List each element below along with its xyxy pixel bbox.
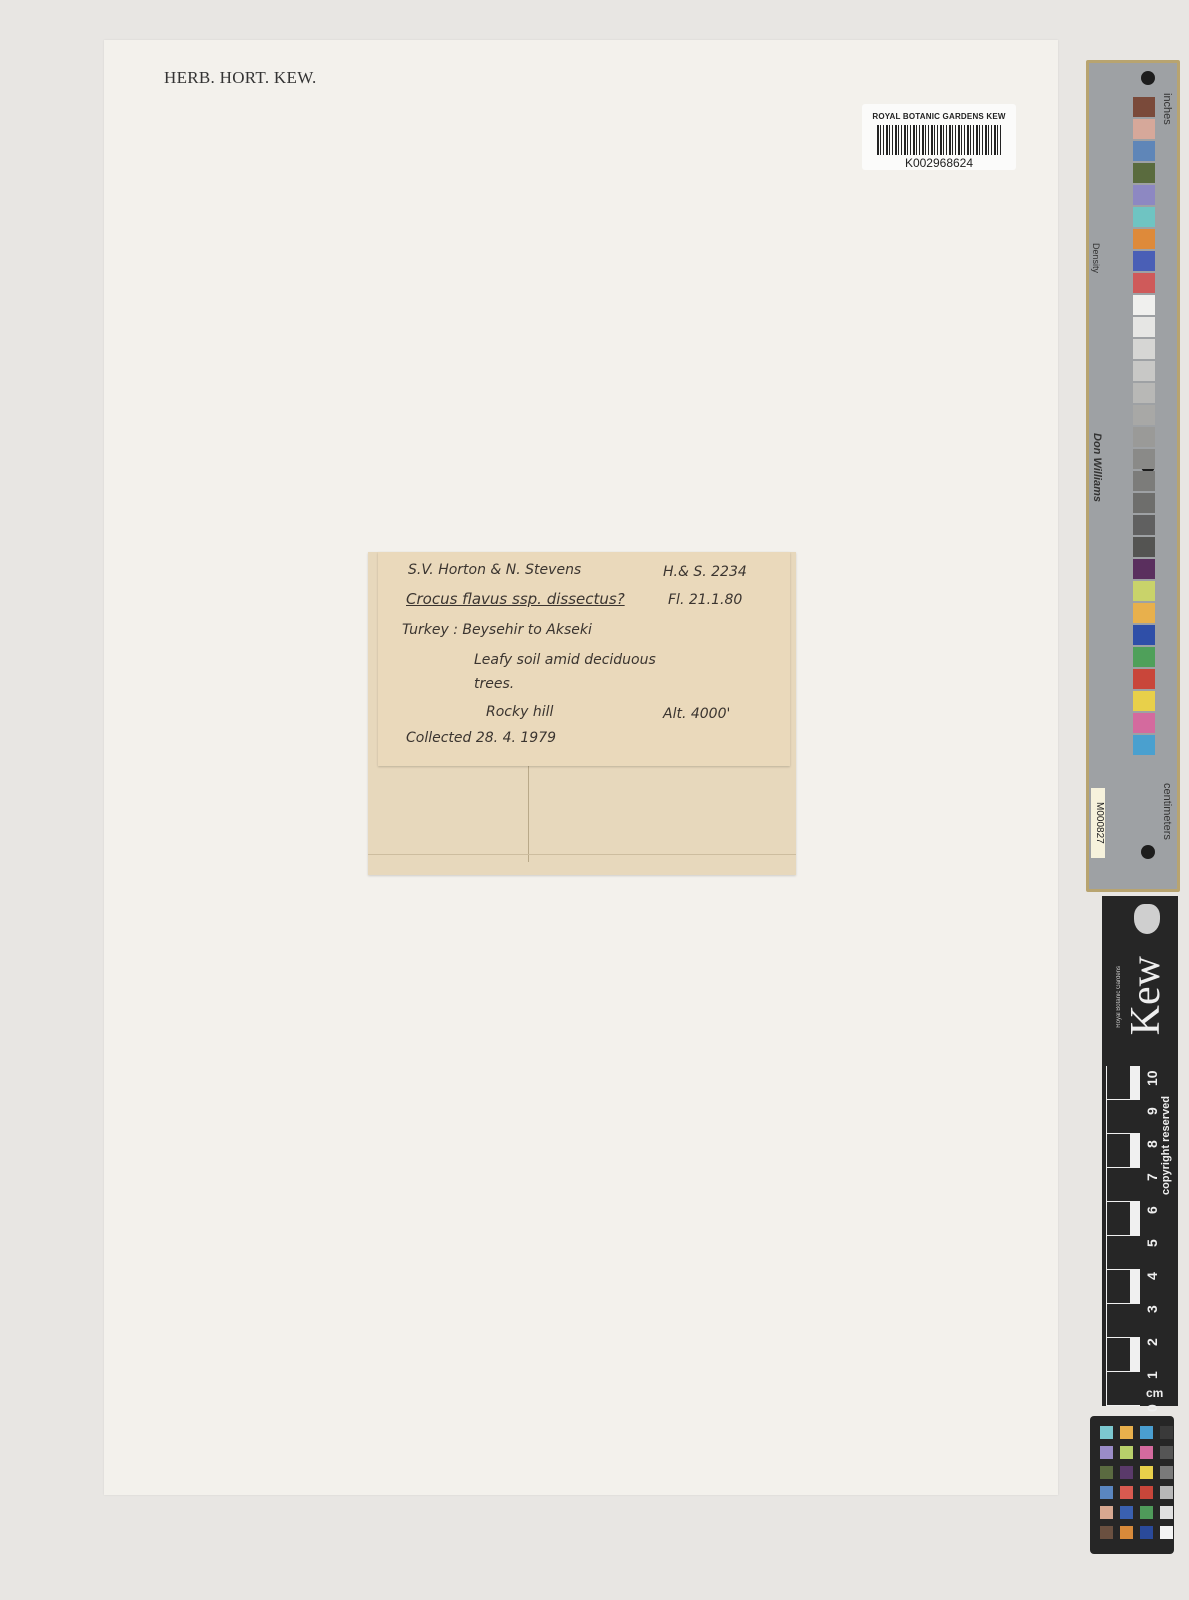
color-swatch bbox=[1133, 405, 1155, 425]
color-swatch bbox=[1133, 537, 1155, 557]
copyright-text: copyright reserved bbox=[1160, 1096, 1172, 1195]
scale-segment bbox=[1106, 1066, 1140, 1100]
ruler-units-top: inches bbox=[1161, 93, 1173, 125]
barcode-icon bbox=[877, 125, 1001, 155]
color-patch bbox=[1100, 1446, 1113, 1459]
color-patch bbox=[1100, 1426, 1113, 1439]
label-collector-number: H.& S. 2234 bbox=[663, 564, 747, 580]
color-patch bbox=[1120, 1426, 1133, 1439]
color-patch bbox=[1120, 1446, 1133, 1459]
ruler-swatches bbox=[1133, 97, 1155, 757]
color-patch bbox=[1100, 1506, 1113, 1519]
color-patch bbox=[1120, 1526, 1133, 1539]
ruler-hole-icon bbox=[1141, 845, 1155, 859]
scale-segment bbox=[1106, 1202, 1140, 1236]
color-swatch bbox=[1133, 559, 1155, 579]
collection-label: S.V. Horton & N. Stevens H.& S. 2234 Cro… bbox=[378, 552, 790, 766]
color-swatch bbox=[1133, 603, 1155, 623]
ruler-code: M000827 bbox=[1091, 788, 1105, 858]
scale-segment bbox=[1106, 1338, 1140, 1372]
color-patch bbox=[1100, 1526, 1113, 1539]
scale-number: 6 bbox=[1144, 1194, 1160, 1227]
color-swatch bbox=[1133, 669, 1155, 689]
scale-ticks bbox=[1106, 1066, 1140, 1396]
scale-number: 5 bbox=[1144, 1227, 1160, 1260]
label-collected-date: Collected 28. 4. 1979 bbox=[406, 730, 556, 746]
color-swatch bbox=[1133, 625, 1155, 645]
color-patch bbox=[1140, 1506, 1153, 1519]
ruler-units-bottom: centimeters bbox=[1161, 783, 1173, 840]
color-patch bbox=[1100, 1466, 1113, 1479]
color-swatch bbox=[1133, 515, 1155, 535]
color-patch bbox=[1140, 1486, 1153, 1499]
color-swatch bbox=[1133, 141, 1155, 161]
color-swatch bbox=[1133, 273, 1155, 293]
ruler-density-label: Density bbox=[1091, 243, 1101, 273]
label-collectors: S.V. Horton & N. Stevens bbox=[408, 562, 581, 578]
label-flowered: Fl. 21.1.80 bbox=[668, 592, 742, 608]
scale-unit: cm bbox=[1146, 1386, 1163, 1400]
scale-number: 4 bbox=[1144, 1260, 1160, 1293]
scale-segment bbox=[1106, 1100, 1140, 1134]
color-patch bbox=[1140, 1426, 1153, 1439]
color-patch bbox=[1140, 1446, 1153, 1459]
label-altitude: Alt. 4000' bbox=[663, 706, 730, 722]
color-swatch bbox=[1133, 581, 1155, 601]
color-calibration-ruler: inches centimeters Density Don Williams … bbox=[1086, 60, 1180, 892]
kew-crest-icon bbox=[1134, 904, 1160, 934]
color-patch bbox=[1100, 1486, 1113, 1499]
color-patch bbox=[1160, 1446, 1173, 1459]
color-swatch bbox=[1133, 97, 1155, 117]
scale-number: 8 bbox=[1144, 1128, 1160, 1161]
scale-number: 3 bbox=[1144, 1293, 1160, 1326]
color-swatch bbox=[1133, 119, 1155, 139]
barcode-number: K002968624 bbox=[862, 156, 1016, 170]
color-checker-chart bbox=[1090, 1416, 1174, 1554]
color-swatch bbox=[1133, 185, 1155, 205]
scale-segment bbox=[1106, 1372, 1140, 1406]
scale-segment bbox=[1106, 1270, 1140, 1304]
color-swatch bbox=[1133, 207, 1155, 227]
color-patch bbox=[1140, 1526, 1153, 1539]
ruler-hole-icon bbox=[1141, 71, 1155, 85]
scale-segment bbox=[1106, 1236, 1140, 1270]
color-swatch bbox=[1133, 361, 1155, 381]
kew-scale-bar: Royal Botanic Gardens Kew 109876543210 c… bbox=[1102, 896, 1178, 1406]
scale-segment bbox=[1106, 1168, 1140, 1202]
color-swatch bbox=[1133, 295, 1155, 315]
color-patch bbox=[1160, 1486, 1173, 1499]
color-swatch bbox=[1133, 471, 1155, 491]
color-swatch bbox=[1133, 647, 1155, 667]
color-patch bbox=[1140, 1466, 1153, 1479]
packet-fold bbox=[368, 854, 796, 855]
color-swatch bbox=[1133, 163, 1155, 183]
color-patch bbox=[1160, 1526, 1173, 1539]
label-terrain: Rocky hill bbox=[486, 704, 553, 720]
label-habitat-1: Leafy soil amid deciduous bbox=[474, 652, 656, 668]
scale-number: 9 bbox=[1144, 1095, 1160, 1128]
color-swatch bbox=[1133, 427, 1155, 447]
color-patch bbox=[1120, 1486, 1133, 1499]
color-swatch bbox=[1133, 713, 1155, 733]
label-taxon: Crocus flavus ssp. dissectus? bbox=[406, 590, 625, 608]
scale-segment bbox=[1106, 1304, 1140, 1338]
kew-logo: Kew bbox=[1122, 956, 1170, 1035]
color-swatch bbox=[1133, 251, 1155, 271]
color-swatch bbox=[1133, 493, 1155, 513]
herbarium-header: HERB. HORT. KEW. bbox=[164, 68, 317, 88]
color-swatch bbox=[1133, 691, 1155, 711]
color-swatch bbox=[1133, 383, 1155, 403]
color-patch bbox=[1160, 1426, 1173, 1439]
label-habitat-2: trees. bbox=[474, 676, 514, 692]
ruler-maker: Don Williams bbox=[1091, 433, 1103, 502]
scale-number: 7 bbox=[1144, 1161, 1160, 1194]
scale-number: 10 bbox=[1144, 1062, 1160, 1095]
packet-seam bbox=[528, 762, 529, 862]
color-patch bbox=[1120, 1506, 1133, 1519]
barcode-institution: ROYAL BOTANIC GARDENS KEW bbox=[862, 112, 1016, 121]
color-patch bbox=[1120, 1466, 1133, 1479]
color-swatch bbox=[1133, 735, 1155, 755]
color-swatch bbox=[1133, 229, 1155, 249]
label-locality: Turkey : Beysehir to Akseki bbox=[402, 622, 592, 638]
scale-number: 2 bbox=[1144, 1326, 1160, 1359]
color-checker-grid bbox=[1100, 1426, 1174, 1540]
color-swatch bbox=[1133, 449, 1155, 469]
color-swatch bbox=[1133, 339, 1155, 359]
barcode-label: ROYAL BOTANIC GARDENS KEW K002968624 bbox=[862, 104, 1016, 170]
color-swatch bbox=[1133, 317, 1155, 337]
color-patch bbox=[1160, 1506, 1173, 1519]
scale-segment bbox=[1106, 1134, 1140, 1168]
color-patch bbox=[1160, 1466, 1173, 1479]
